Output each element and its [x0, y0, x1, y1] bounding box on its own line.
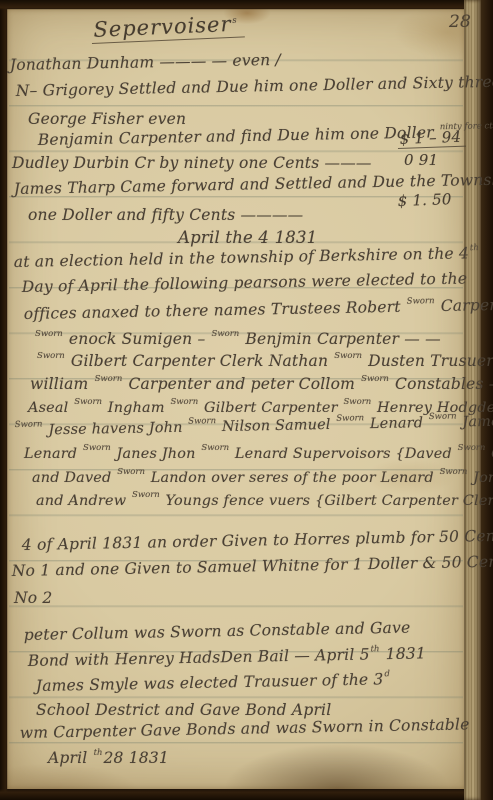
election-line: and Daved Sworn Landon over seres of the…: [32, 467, 493, 486]
bond-line: April th28 1831: [48, 748, 169, 767]
amount-dudley: 0 91: [404, 151, 438, 169]
account-line: N– Grigorey Settled and Due him one Doll…: [16, 71, 493, 100]
superscript-annotation: Sworn: [15, 419, 43, 430]
superscript-annotation: Sworn: [83, 443, 111, 453]
account-line: Dudley Durbin Cr by ninety one Cents ———: [12, 154, 372, 172]
superscript-annotation: Sworn: [343, 397, 371, 407]
bond-line: Bond with Henrey HadsDen Bail — April 5t…: [28, 643, 426, 670]
superscript-annotation: Sworn: [407, 296, 435, 307]
election-line: william Sworn Carpenter and peter Collom…: [30, 374, 493, 393]
election-line: offices anaxed to there names Trustees R…: [24, 294, 493, 323]
superscript-annotation: Sworn: [212, 329, 240, 339]
election-heading: April the 4 1831: [178, 228, 317, 247]
superscript-annotation: Sworn: [334, 351, 362, 361]
superscript-annotation: Sworn: [440, 467, 468, 477]
superscript-annotation: Sworn: [132, 490, 160, 500]
superscript-annotation: Sworn: [188, 416, 216, 427]
bond-line: School Destrict and Gave Bond April: [36, 701, 331, 719]
handwriting-layer: 28 Sepervoisers Jonathan Dunham ——— — ev…: [0, 0, 493, 800]
superscript-annotation: th: [470, 243, 479, 253]
election-line: Sworn Gilbert Carpenter Clerk Nathan Swo…: [36, 351, 493, 370]
page-title: Sepervoisers: [91, 11, 245, 44]
page-number: 28: [449, 12, 471, 32]
account-line: Jonathan Dunham ——— — even /: [10, 51, 281, 74]
election-line: Lenard Sworn Janes Jhon Sworn Lenard Sup…: [24, 443, 493, 462]
ledger-page: 28 Sepervoisers Jonathan Dunham ——— — ev…: [0, 0, 493, 800]
election-line: and Andrew Sworn Youngs fence vuers {Gil…: [36, 490, 493, 509]
order-line: No 2: [14, 589, 52, 607]
account-line: one Doller and fifty Cents ————: [28, 206, 303, 224]
superscript-annotation: Sworn: [170, 397, 198, 407]
order-line: No 1 and one Given to Samuel Whitne for …: [12, 551, 493, 580]
superscript-annotation: Sworn: [201, 443, 229, 453]
superscript-annotation: Sworn: [458, 443, 486, 453]
election-line: at an election held in the township of B…: [14, 243, 480, 271]
superscript-annotation: th: [94, 748, 103, 758]
amount-tharp: $ 1. 50: [397, 190, 451, 210]
superscript-annotation: Sworn: [35, 329, 63, 339]
election-line: Day of April the following pearsons were…: [22, 269, 468, 296]
superscript-annotation: d: [384, 669, 390, 679]
superscript-annotation: th: [371, 644, 380, 654]
superscript-annotation: Sworn: [336, 413, 364, 424]
election-line: Sworn enock Sumigen – Sworn Benjmin Carp…: [34, 329, 441, 348]
superscript-annotation: Sworn: [361, 374, 389, 384]
superscript-annotation: s: [232, 16, 237, 26]
superscript-annotation: Sworn: [429, 412, 457, 423]
bond-line: wm Carpenter Gave Bonds and was Sworn in…: [20, 715, 470, 742]
bond-line: James Smyle was elected Trausuer of the …: [36, 669, 392, 695]
superscript-annotation: Sworn: [117, 467, 145, 477]
order-line: 4 of April 1831 an order Given to Horres…: [22, 527, 493, 554]
bond-line: peter Collum was Sworn as Constable and …: [24, 619, 411, 644]
amount-benjamin: $ 1 – 94: [397, 128, 465, 149]
account-line: George Fisher even: [28, 110, 186, 128]
superscript-annotation: Sworn: [95, 374, 123, 384]
superscript-annotation: Sworn: [74, 397, 102, 407]
superscript-annotation: Sworn: [37, 351, 65, 361]
